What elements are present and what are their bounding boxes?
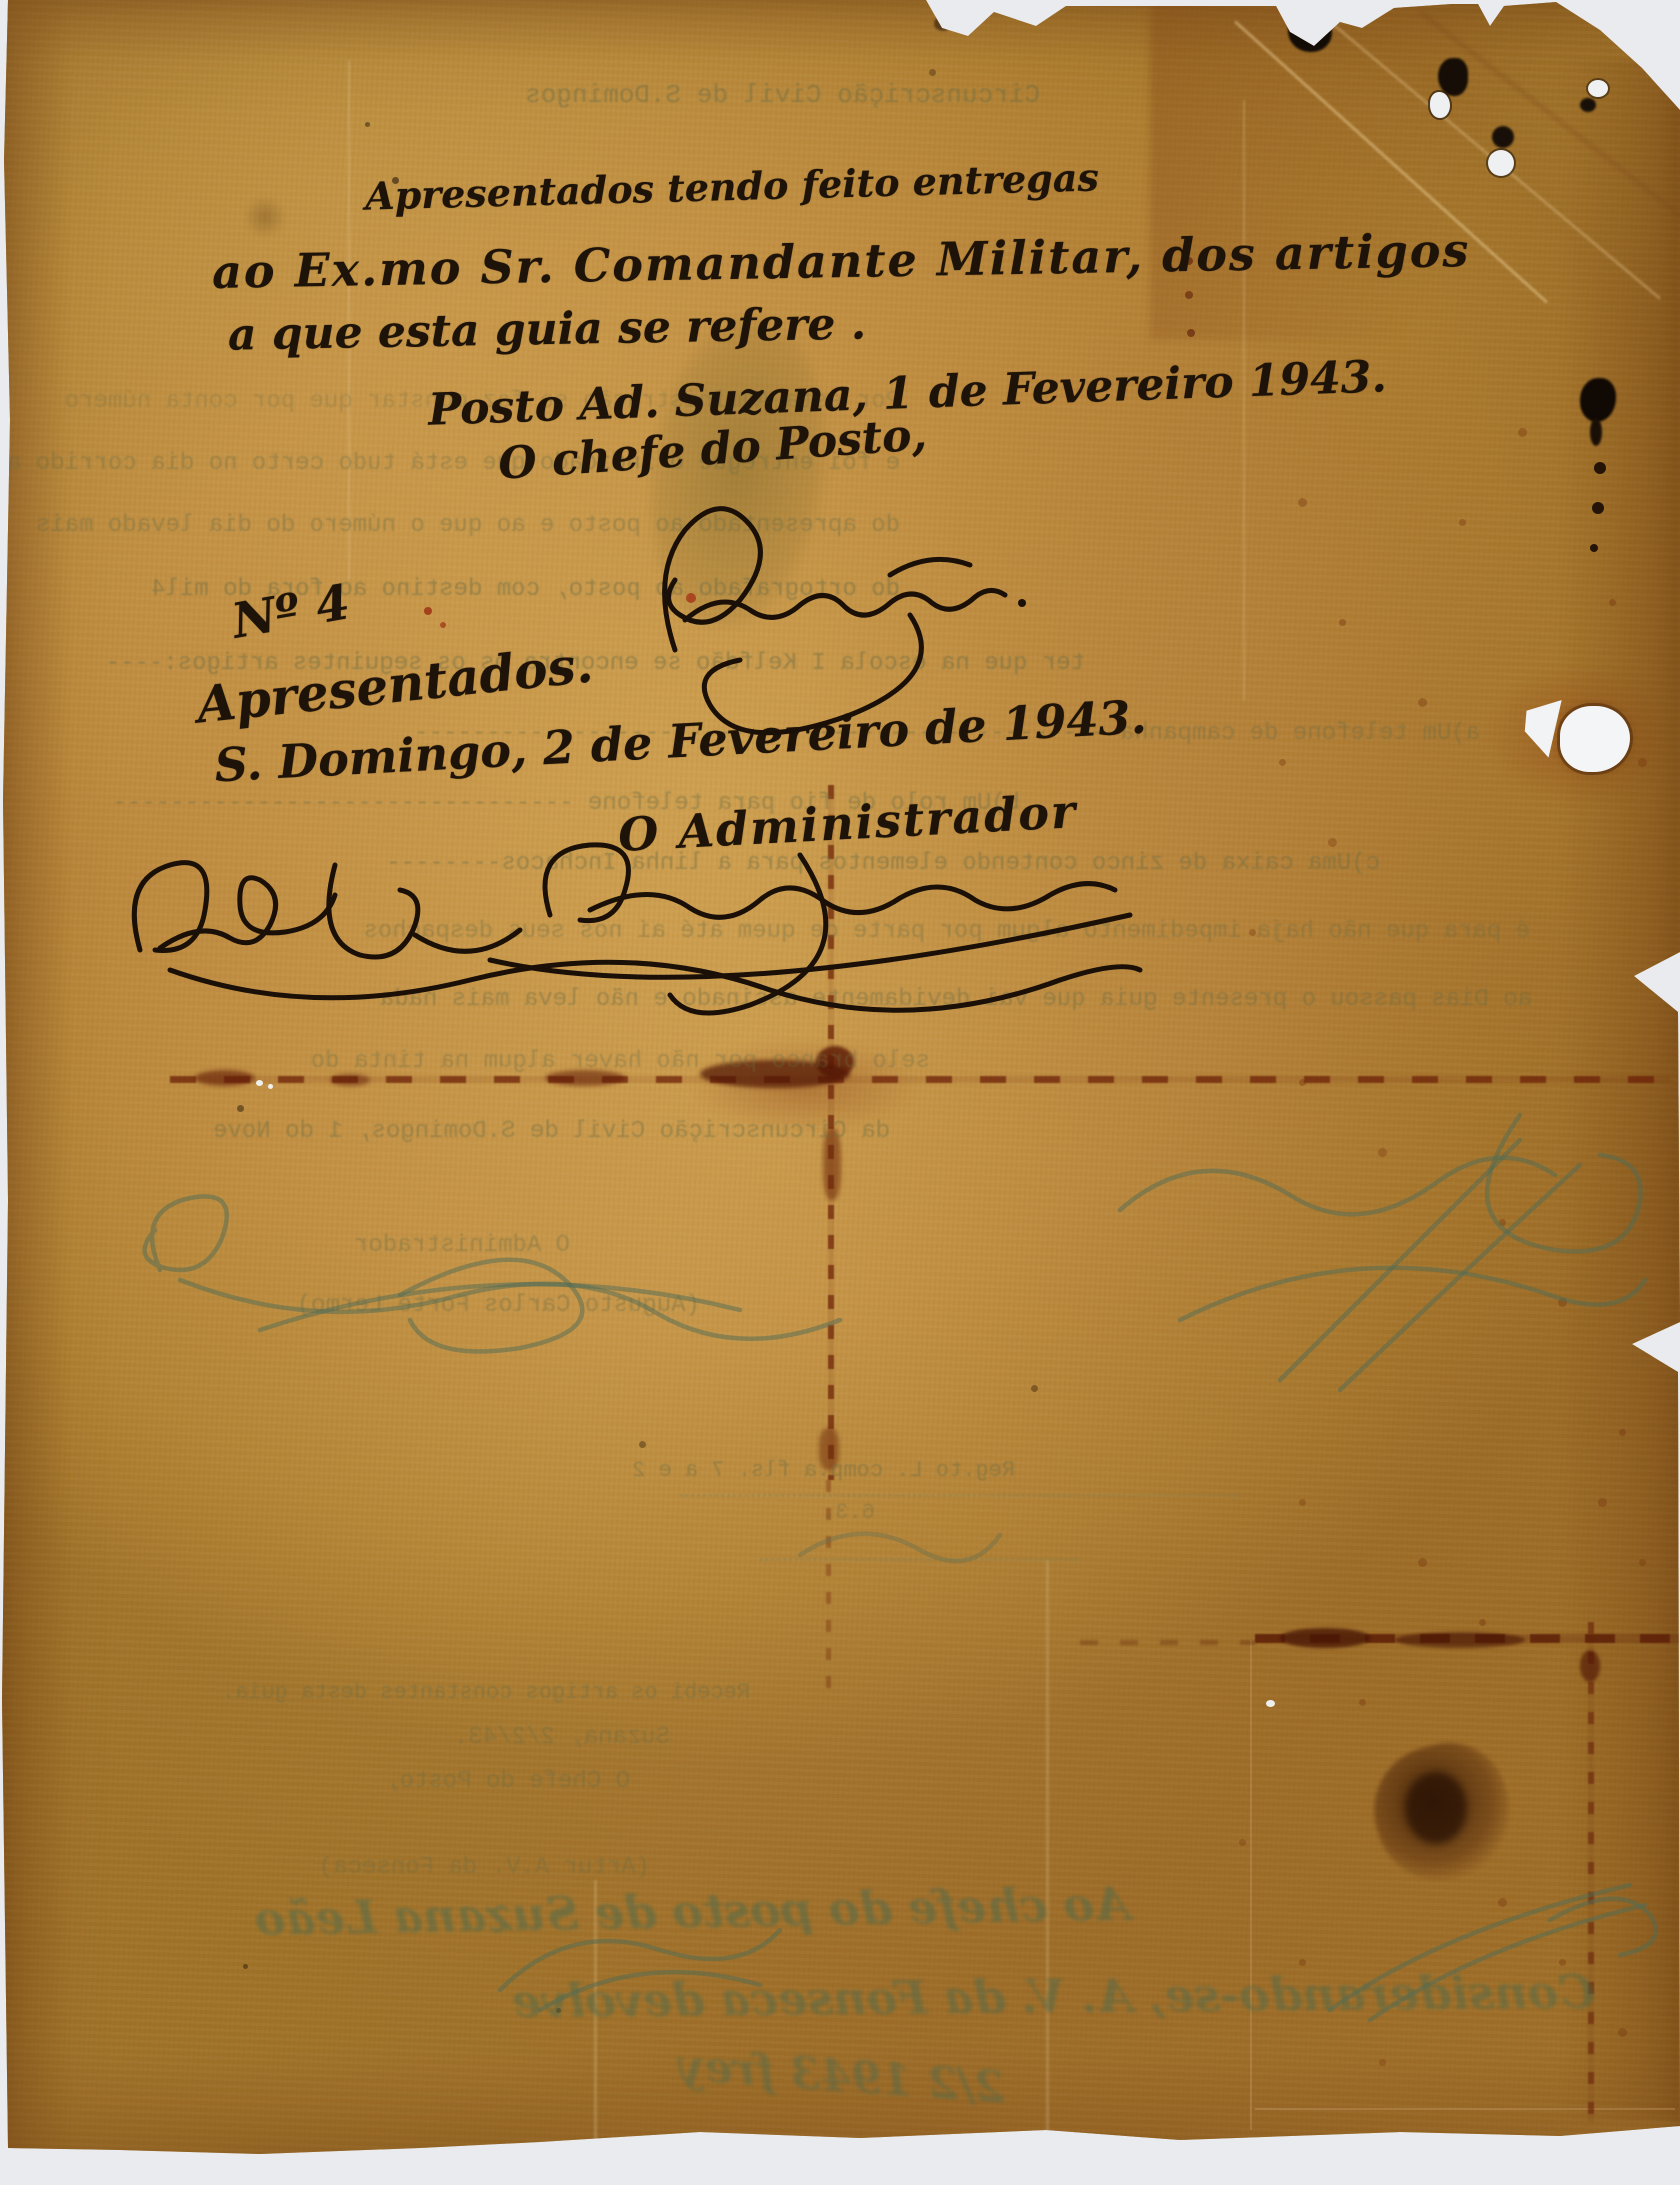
bleed-line-20: (Artur A.V. da Fonseca) (180, 1856, 650, 1880)
hole-speck-3 (1266, 1700, 1275, 1707)
dark-spot-top-edge (934, 16, 952, 31)
pencil-loops-bottom-center (480, 1890, 800, 2030)
hole-small-2 (1488, 150, 1514, 176)
bleed-line-17: Recebi os artigos constantes desta guia. (150, 1682, 750, 1704)
box-crease-h (1255, 2108, 1675, 2110)
bleed-line-header: Circunscrição Civil de S.Domingos (240, 82, 1040, 108)
blotch-bottom-right-core (1405, 1772, 1467, 1844)
ink-blob-top-notch (1288, 10, 1332, 52)
signature-chefe-do-posto (590, 455, 1060, 755)
hole-small-3 (1588, 80, 1608, 97)
note-line-3: a que esta guia se refere . (228, 302, 867, 357)
pencil-diagonals-bottom-right (1300, 1860, 1660, 2030)
hole-speck-1 (256, 1080, 263, 1086)
box-crease-v (1250, 1640, 1252, 2130)
ink-blob-crease-b (1492, 126, 1514, 148)
hole-small-1 (1430, 92, 1450, 118)
document-paper: Circunscrição Civil de S.Domingos Por es… (0, 0, 1680, 2185)
rust-speckles (0, 0, 5, 5)
pencil-scrawl-center (100, 1080, 1660, 1410)
fold-light-bottom (1046, 1560, 1049, 2140)
fold-hr-blob-b (1395, 1632, 1525, 1648)
stain-top-edge (0, 0, 1680, 60)
red-dot-cluster (0, 0, 6, 6)
bleed-line-11: selo branco por não haver algum na tinta… (30, 1050, 930, 1074)
scanned-document: Circunscrição Civil de S.Domingos Por es… (0, 0, 1680, 2185)
bleed-line-19: O Chefe do Posto, (300, 1770, 630, 1794)
fold-hr-blob-a (1280, 1628, 1370, 1648)
ink-blob-crease-a (1438, 58, 1468, 96)
stain-left-edge (0, 0, 70, 2185)
ink-blob-top-notch-2 (1306, 0, 1336, 18)
fold-vr-blob (1580, 1650, 1600, 1682)
ink-dots-right-edge (1594, 462, 1606, 474)
hole-speck-2 (268, 1084, 273, 1089)
stain-topleft-spot (243, 196, 287, 238)
ink-blob-crease-c (1580, 98, 1596, 112)
ink-drip-right-edge (1590, 418, 1602, 446)
bleed-line-18: Suzana, 2/2/43. (330, 1726, 670, 1750)
bleed-line-15: Reg.to L. comp.a fls. 7 a e 2 (620, 1460, 1015, 1482)
bleed-dash-underline-1 (680, 1494, 1240, 1497)
signature-administrador (110, 820, 1160, 1030)
fold-hr-ext (1080, 1640, 1255, 1645)
pencil-scrawl-small (790, 1500, 1010, 1580)
